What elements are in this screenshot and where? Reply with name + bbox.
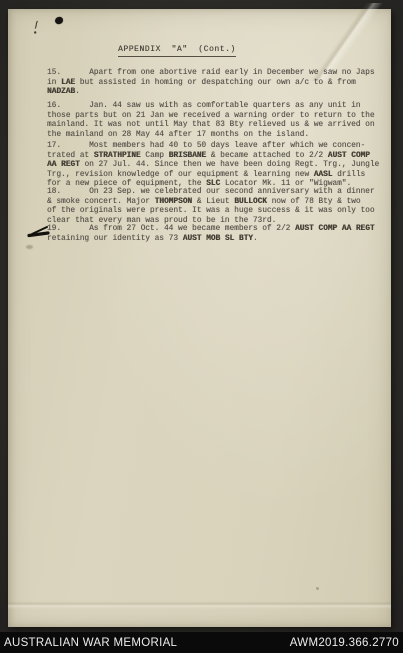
paragraph-16: 16. Jan. 44 saw us with as comfortable q…	[47, 102, 395, 140]
archive-institution-label: AUSTRALIAN WAR MEMORIAL	[4, 637, 177, 649]
ink-squiggle-mark	[32, 20, 41, 36]
scan-background: APPENDIX "A" (Cont.) 15. Apart from one …	[0, 0, 403, 653]
paragraph-19: 19. As from 27 Oct. 44 we became members…	[47, 225, 395, 244]
pencil-smudge-mark	[26, 245, 33, 249]
margin-tick-mark	[19, 223, 53, 241]
paragraph-18: 18. On 23 Sep. we celebrated our second …	[47, 188, 395, 226]
paper-crease-bottom	[8, 597, 391, 611]
paragraph-17: 17. Most members had 40 to 50 days leave…	[47, 142, 395, 190]
paper-speck	[316, 587, 319, 590]
paragraph-15: 15. Apart from one abortive raid early i…	[47, 69, 395, 98]
footer-bar: AUSTRALIAN WAR MEMORIAL AWM2019.366.2770	[0, 632, 403, 653]
ink-dot-mark	[54, 16, 63, 25]
document-page: APPENDIX "A" (Cont.) 15. Apart from one …	[8, 9, 391, 627]
archive-reference-label: AWM2019.366.2770	[290, 637, 399, 649]
page-heading: APPENDIX "A" (Cont.)	[118, 45, 236, 57]
